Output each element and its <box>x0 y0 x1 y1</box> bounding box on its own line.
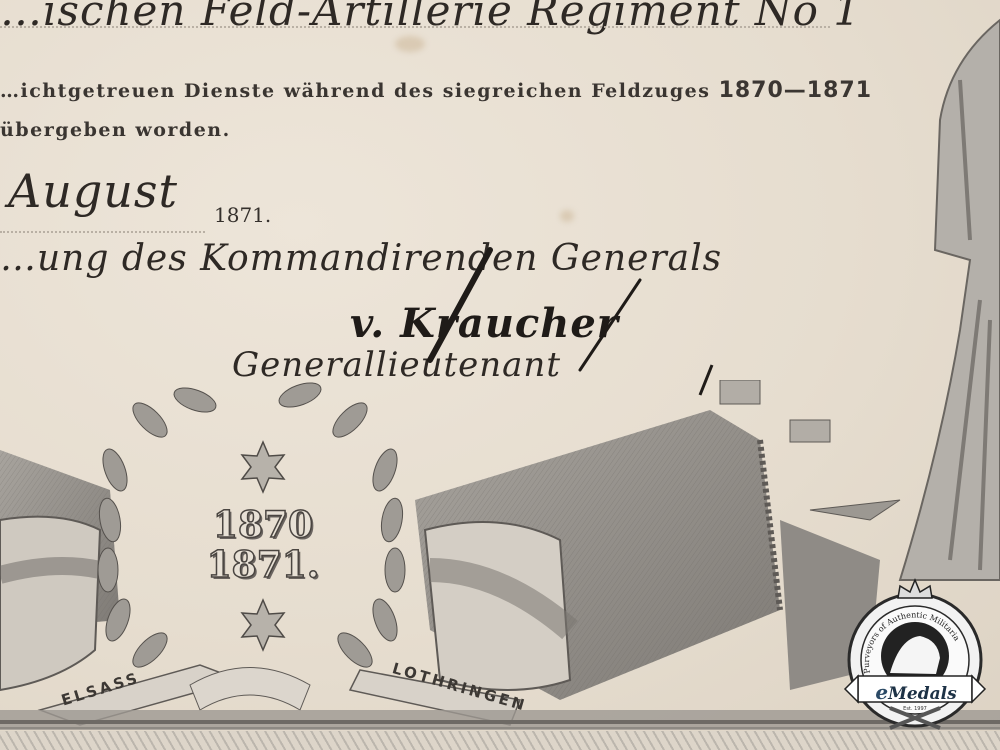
draped-figure-engraving <box>880 0 1000 600</box>
wreath-year-1870: 1870 <box>203 505 323 545</box>
motto-arc: Purveyors of Authentic Militaria <box>840 578 990 738</box>
six-point-star-icon <box>238 440 288 494</box>
wreath-year-1871: 1871. <box>203 545 323 585</box>
wreath-years: 1870 1871. <box>203 505 323 585</box>
svg-text:Purveyors of Authentic Militar: Purveyors of Authentic Militaria <box>862 610 962 674</box>
motto-text: Purveyors of Authentic Militaria <box>862 610 962 674</box>
emedals-watermark-logo: eMedals Est. 1997 Purveyors of Authentic… <box>840 578 990 738</box>
six-point-star-icon <box>238 598 288 652</box>
